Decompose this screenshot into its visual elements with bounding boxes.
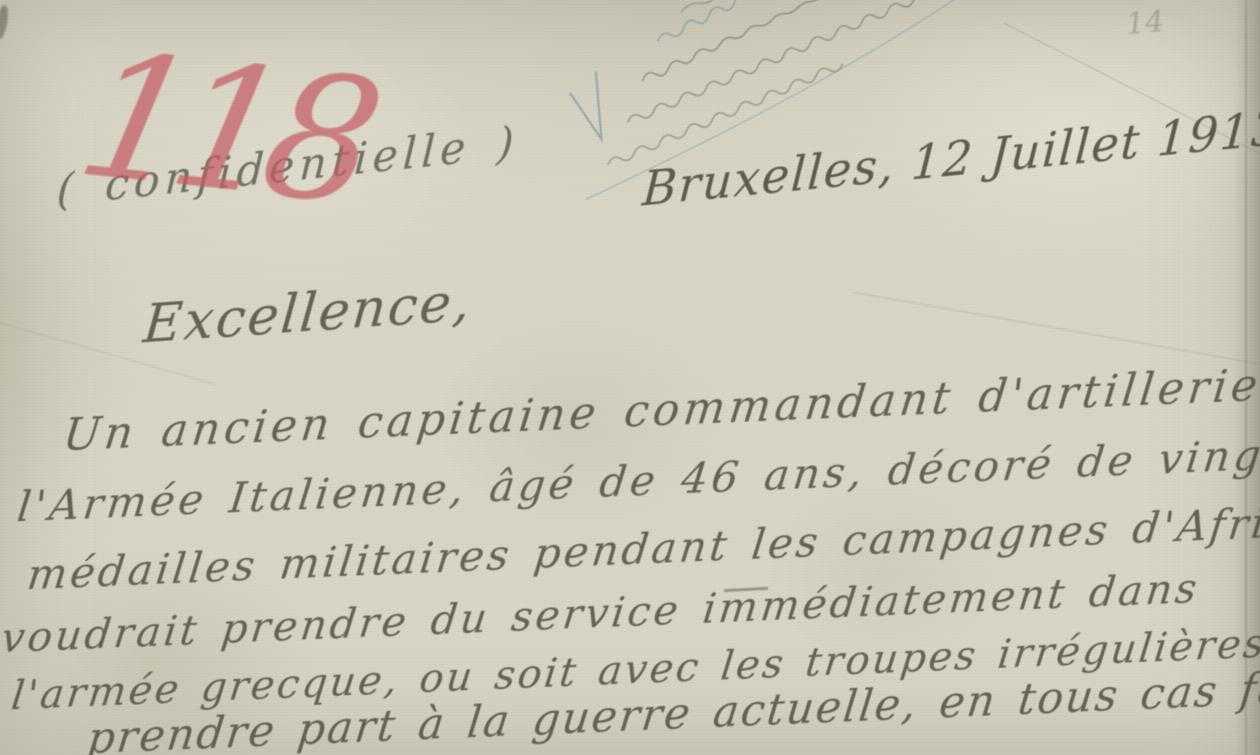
corner-page-number: 14 <box>1125 4 1166 42</box>
paper-crease <box>853 292 1260 369</box>
corner-nick-mark <box>0 4 10 39</box>
salutation: Excellence, <box>141 275 474 351</box>
letter-page: 14 118 ( confidentielle ) Bruxelles, 12 … <box>0 0 1260 755</box>
archive-number-red: 118 <box>64 17 381 240</box>
